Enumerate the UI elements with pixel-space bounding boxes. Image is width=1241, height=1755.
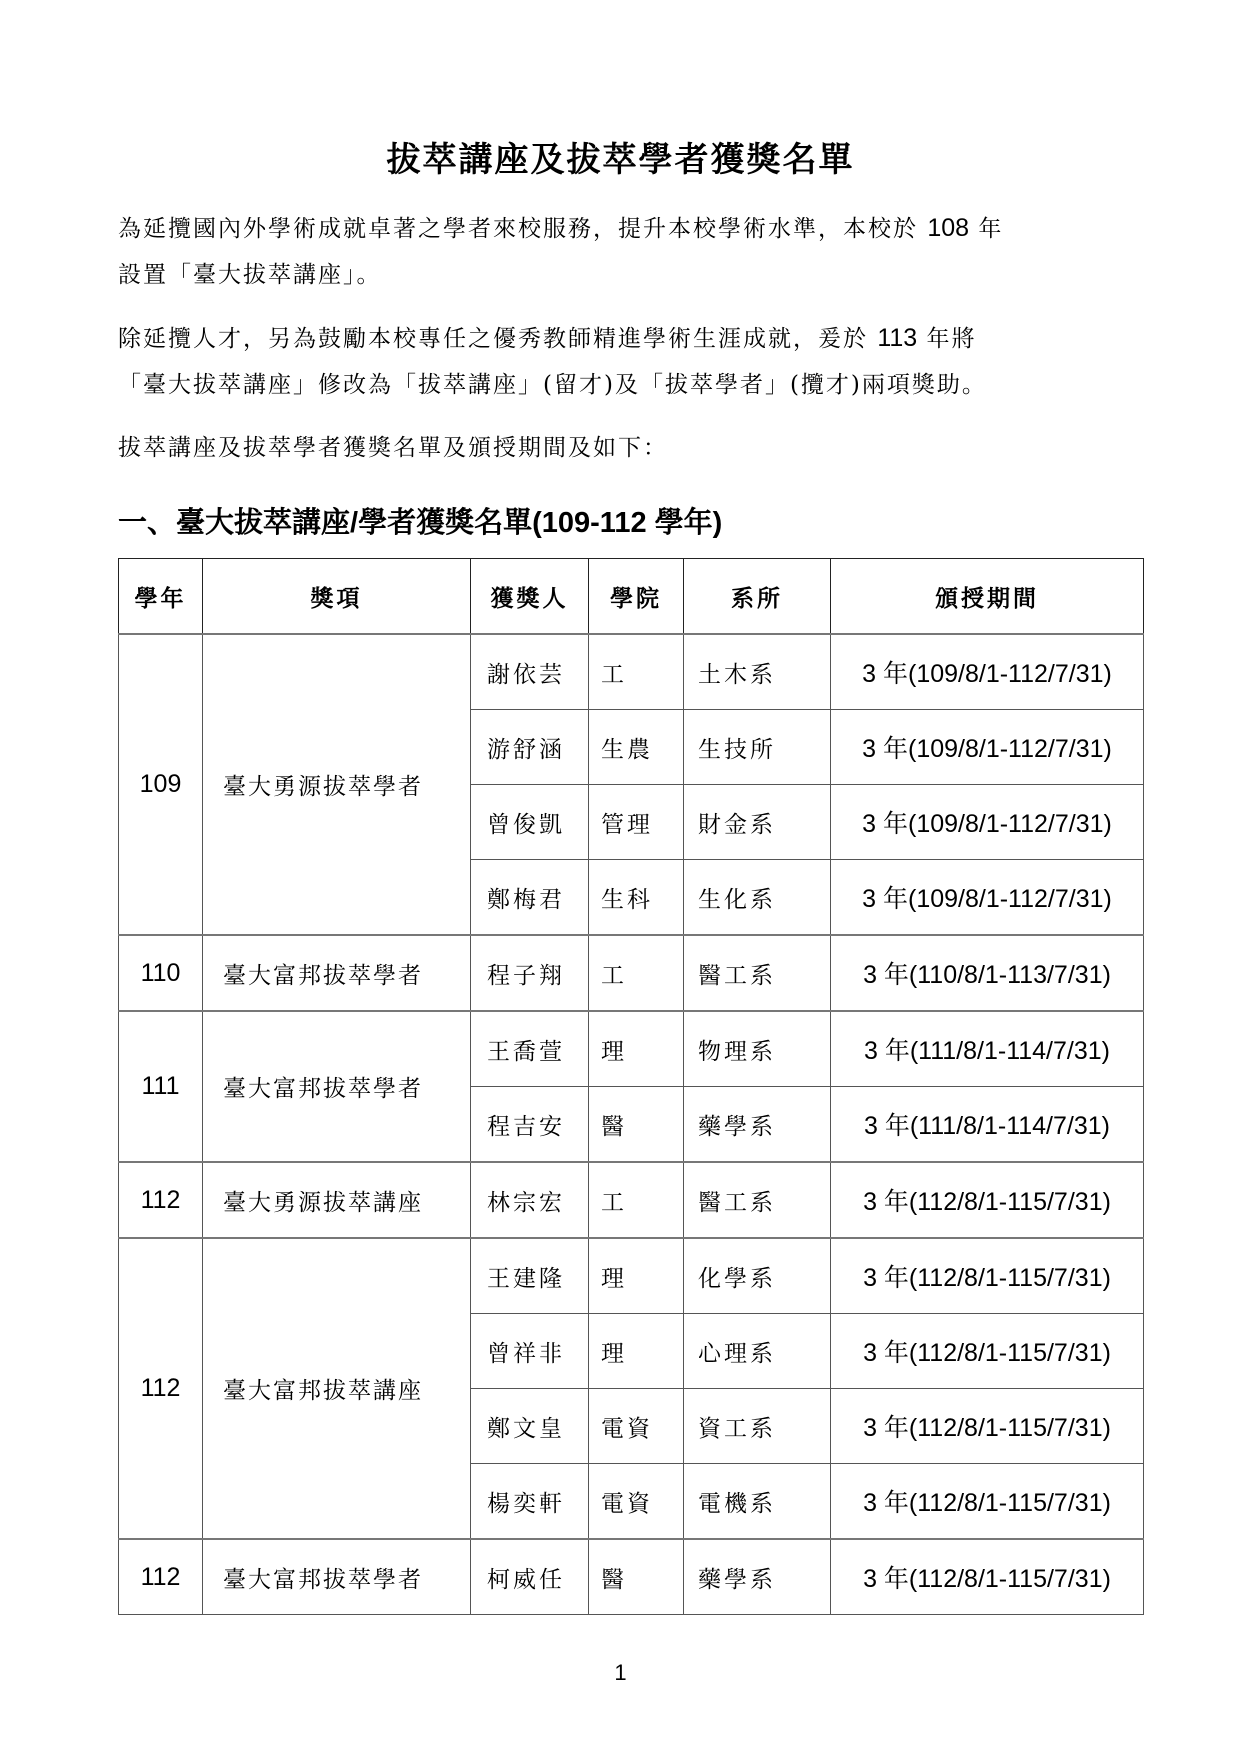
cell-recipient: 游舒涵	[471, 710, 589, 785]
table-row: 109 臺大勇源拔萃學者 謝依芸 工 土木系 3 年(109/8/1-112/7…	[119, 634, 1144, 710]
cell-award: 臺大富邦拔萃學者	[203, 1011, 471, 1162]
cell-year: 112	[119, 1162, 203, 1238]
revision-text: 除延攬人才，另為鼓勵本校專任之優秀教師精進學術生涯成就，爰於	[118, 326, 877, 352]
page-title: 拔萃講座及拔萃學者獲獎名單	[0, 132, 1241, 181]
cell-year: 112	[119, 1238, 203, 1539]
cell-award: 臺大富邦拔萃學者	[203, 935, 471, 1011]
cell-period: 3 年(109/8/1-112/7/31)	[831, 710, 1144, 785]
cell-period: 3 年(112/8/1-115/7/31)	[831, 1314, 1144, 1389]
cell-recipient: 王喬萱	[471, 1011, 589, 1087]
list-intro-paragraph: 拔萃講座及拔萃學者獲獎名單及頒授期間及如下：	[118, 429, 1142, 462]
cell-recipient: 鄭梅君	[471, 860, 589, 936]
cell-department: 財金系	[684, 785, 831, 860]
cell-college: 工	[589, 935, 684, 1011]
cell-recipient: 曾祥非	[471, 1314, 589, 1389]
header-award: 獎項	[203, 559, 471, 635]
cell-college: 管理	[589, 785, 684, 860]
revision-text-suffix: 年將	[917, 326, 976, 352]
cell-recipient: 謝依芸	[471, 634, 589, 710]
intro-text-suffix: 年	[969, 216, 1003, 242]
table-row: 112 臺大勇源拔萃講座 林宗宏 工 醫工系 3 年(112/8/1-115/7…	[119, 1162, 1144, 1238]
cell-period: 3 年(111/8/1-114/7/31)	[831, 1011, 1144, 1087]
year-number: 113	[877, 324, 917, 352]
cell-year: 109	[119, 634, 203, 935]
cell-college: 電資	[589, 1464, 684, 1540]
cell-department: 藥學系	[684, 1539, 831, 1615]
section-heading-unit: 學年	[655, 505, 713, 539]
table-header-row: 學年 獎項 獲獎人 學院 系所 頒授期間	[119, 559, 1144, 635]
section-heading: 一、臺大拔萃講座/學者獲獎名單(109-112 學年)	[118, 500, 722, 541]
section-heading-range: (109-112	[532, 507, 655, 539]
cell-department: 化學系	[684, 1238, 831, 1314]
revision-paragraph-line-2: 「臺大拔萃講座」修改為「拔萃講座」(留才)及「拔萃學者」(攬才)兩項獎助。	[118, 366, 1142, 399]
cell-department: 生化系	[684, 860, 831, 936]
cell-recipient: 王建隆	[471, 1238, 589, 1314]
cell-period: 3 年(109/8/1-112/7/31)	[831, 785, 1144, 860]
cell-department: 物理系	[684, 1011, 831, 1087]
cell-recipient: 柯威任	[471, 1539, 589, 1615]
cell-college: 工	[589, 1162, 684, 1238]
section-heading-close: )	[713, 507, 723, 539]
cell-college: 工	[589, 634, 684, 710]
table-row: 110 臺大富邦拔萃學者 程子翔 工 醫工系 3 年(110/8/1-113/7…	[119, 935, 1144, 1011]
cell-award: 臺大富邦拔萃講座	[203, 1238, 471, 1539]
table-row: 112 臺大富邦拔萃學者 柯威任 醫 藥學系 3 年(112/8/1-115/7…	[119, 1539, 1144, 1615]
cell-department: 電機系	[684, 1464, 831, 1540]
cell-period: 3 年(112/8/1-115/7/31)	[831, 1539, 1144, 1615]
cell-award: 臺大勇源拔萃學者	[203, 634, 471, 935]
cell-recipient: 鄭文皇	[471, 1389, 589, 1464]
cell-college: 理	[589, 1011, 684, 1087]
cell-department: 生技所	[684, 710, 831, 785]
cell-department: 藥學系	[684, 1087, 831, 1163]
cell-college: 生科	[589, 860, 684, 936]
cell-department: 土木系	[684, 634, 831, 710]
intro-paragraph-line-2: 設置「臺大拔萃講座」。	[118, 256, 1142, 289]
awards-table: 學年 獎項 獲獎人 學院 系所 頒授期間 109 臺大勇源拔萃學者 謝依芸 工 …	[118, 558, 1144, 1615]
cell-award: 臺大勇源拔萃講座	[203, 1162, 471, 1238]
cell-college: 理	[589, 1314, 684, 1389]
intro-text: 為延攬國內外學術成就卓著之學者來校服務，提升本校學術水準，本校於	[118, 216, 927, 242]
cell-period: 3 年(112/8/1-115/7/31)	[831, 1238, 1144, 1314]
cell-recipient: 程吉安	[471, 1087, 589, 1163]
header-recipient: 獲獎人	[471, 559, 589, 635]
cell-year: 111	[119, 1011, 203, 1162]
cell-year: 110	[119, 935, 203, 1011]
cell-period: 3 年(110/8/1-113/7/31)	[831, 935, 1144, 1011]
section-heading-middle: 學者獲獎名單	[358, 505, 532, 539]
cell-recipient: 楊奕軒	[471, 1464, 589, 1540]
cell-college: 電資	[589, 1389, 684, 1464]
cell-department: 醫工系	[684, 935, 831, 1011]
cell-period: 3 年(112/8/1-115/7/31)	[831, 1464, 1144, 1540]
cell-department: 資工系	[684, 1389, 831, 1464]
intro-paragraph-line-1: 為延攬國內外學術成就卓著之學者來校服務，提升本校學術水準，本校於 108 年	[118, 210, 1142, 243]
cell-period: 3 年(112/8/1-115/7/31)	[831, 1162, 1144, 1238]
cell-period: 3 年(109/8/1-112/7/31)	[831, 634, 1144, 710]
cell-department: 醫工系	[684, 1162, 831, 1238]
cell-college: 醫	[589, 1539, 684, 1615]
revision-paragraph-line-1: 除延攬人才，另為鼓勵本校專任之優秀教師精進學術生涯成就，爰於 113 年將	[118, 320, 1142, 353]
header-department: 系所	[684, 559, 831, 635]
cell-period: 3 年(111/8/1-114/7/31)	[831, 1087, 1144, 1163]
section-heading-slash: /	[350, 507, 358, 539]
cell-college: 醫	[589, 1087, 684, 1163]
cell-recipient: 程子翔	[471, 935, 589, 1011]
cell-award: 臺大富邦拔萃學者	[203, 1539, 471, 1615]
cell-recipient: 林宗宏	[471, 1162, 589, 1238]
cell-period: 3 年(112/8/1-115/7/31)	[831, 1389, 1144, 1464]
cell-recipient: 曾俊凱	[471, 785, 589, 860]
cell-college: 理	[589, 1238, 684, 1314]
page-number: 1	[0, 1660, 1241, 1686]
table-row: 112 臺大富邦拔萃講座 王建隆 理 化學系 3 年(112/8/1-115/7…	[119, 1238, 1144, 1314]
cell-college: 生農	[589, 710, 684, 785]
header-college: 學院	[589, 559, 684, 635]
table-row: 111 臺大富邦拔萃學者 王喬萱 理 物理系 3 年(111/8/1-114/7…	[119, 1011, 1144, 1087]
cell-year: 112	[119, 1539, 203, 1615]
cell-department: 心理系	[684, 1314, 831, 1389]
year-number: 108	[927, 214, 969, 242]
section-heading-prefix: 一、臺大拔萃講座	[118, 505, 350, 539]
header-year: 學年	[119, 559, 203, 635]
cell-period: 3 年(109/8/1-112/7/31)	[831, 860, 1144, 936]
header-period: 頒授期間	[831, 559, 1144, 635]
